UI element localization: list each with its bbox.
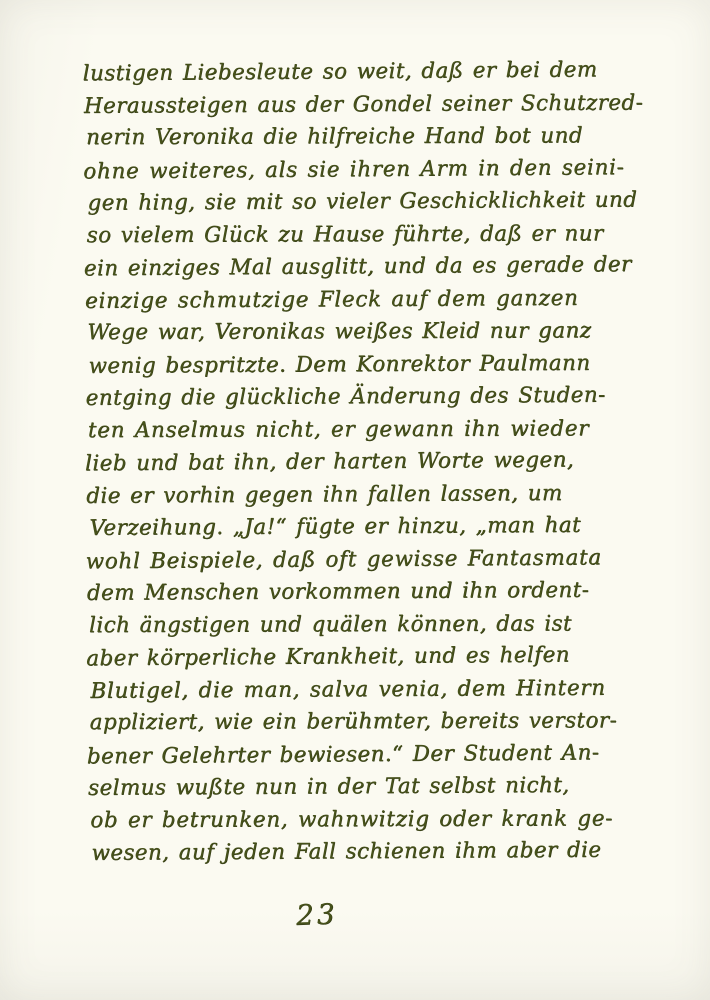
scanned-manuscript-page: lustigen Liebesleute so weit, daß er bei… — [0, 0, 710, 1000]
manuscript-line: lich ängstigen und quälen können, das is… — [89, 607, 655, 641]
manuscript-line: die er vorhin gegen ihn fallen lassen, u… — [86, 477, 652, 513]
manuscript-line: appliziert, wie ein berühmter, bereits v… — [90, 705, 656, 739]
manuscript-text-block: lustigen Liebesleute so weit, daß er bei… — [84, 54, 655, 870]
manuscript-line: aber körperliche Krankheit, und es helfe… — [86, 639, 652, 676]
manuscript-line: Wege war, Veronikas weißes Kleid nur gan… — [87, 315, 653, 349]
manuscript-line: einzige schmutzige Fleck auf dem ganzen — [85, 282, 651, 318]
manuscript-line: ohne weiteres, als sie ihren Arm in den … — [83, 151, 649, 188]
manuscript-line: ob er betrunken, wahnwitzig oder krank g… — [90, 802, 656, 836]
manuscript-line: Verzeihung. „Ja!“ fügte er hinzu, „man h… — [89, 509, 655, 545]
manuscript-line: lustigen Liebesleute so weit, daß er bei… — [82, 54, 648, 91]
manuscript-line: wenig bespritzte. Dem Konrektor Paulmann — [88, 347, 654, 383]
manuscript-line: wesen, auf jeden Fall schienen ihm aber … — [91, 834, 657, 870]
manuscript-line: bener Gelehrter bewiesen.“ Der Student A… — [87, 736, 653, 773]
page-number: 23 — [295, 897, 338, 931]
manuscript-line: dem Menschen vorkommen und ihn ordent- — [87, 574, 653, 610]
manuscript-line: selmus wußte nun in der Tat selbst nicht… — [88, 769, 654, 805]
manuscript-line: entging die glückliche Änderung des Stud… — [86, 379, 652, 415]
manuscript-line: nerin Veronika die hilfreiche Hand bot u… — [86, 120, 652, 154]
manuscript-line: gen hing, sie mit so vieler Geschicklich… — [87, 184, 653, 220]
manuscript-line: ein einziges Mal ausglitt, und da es ger… — [84, 249, 650, 286]
manuscript-line: wohl Beispiele, daß oft gewisse Fantasma… — [85, 541, 651, 578]
manuscript-line: lieb und bat ihn, der harten Worte wegen… — [85, 444, 651, 481]
manuscript-line: ten Anselmus nicht, er gewann ihn wieder — [88, 413, 654, 447]
manuscript-line: Blutigel, die man, salva venia, dem Hint… — [90, 672, 656, 708]
manuscript-line: so vielem Glück zu Hause führte, daß er … — [87, 218, 653, 252]
manuscript-line: Heraussteigen aus der Gondel seiner Schu… — [84, 87, 650, 123]
